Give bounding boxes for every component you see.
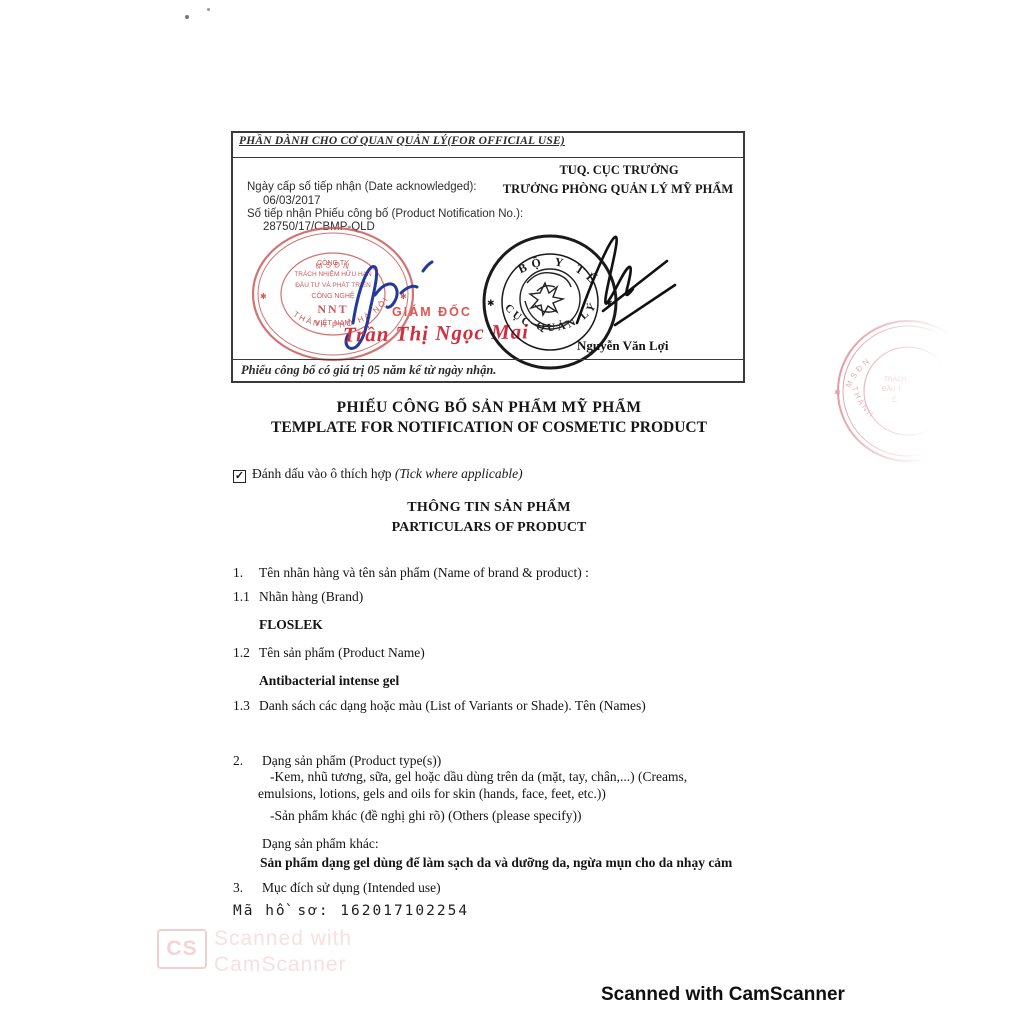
item-1-2-label: Tên sản phẩm (Product Name)	[259, 645, 425, 661]
company-stamp-line5: NNT	[317, 302, 348, 316]
form-title-vietnamese: PHIẾU CÔNG BỐ SẢN PHẨM MỸ PHẨM	[232, 399, 746, 417]
official-use-box: PHẦN DÀNH CHO CƠ QUAN QUẢN LÝ(FOR OFFICI…	[231, 131, 745, 383]
company-stamp-line4: CÔNG NGHỆ	[311, 291, 355, 300]
brand-value: FLOSLEK	[259, 617, 323, 633]
item-2-type-line1: -Kem, nhũ tương, sữa, gel hoặc dầu dùng …	[270, 769, 687, 785]
tick-instruction-vi: Đánh dấu vào ô thích hợp	[252, 466, 395, 481]
edge-partial-stamp: MSĐN THÀNH TRÁCH ĐẦU T C ✱	[818, 315, 1008, 475]
signer-name: Nguyễn Văn Lợi	[577, 338, 668, 354]
company-stamp-line1: CÔNG TY	[317, 258, 349, 267]
file-code: Mã hồ sơ: 162017102254	[233, 903, 469, 919]
item-2-type-line2: emulsions, lotions, gels and oils for sk…	[258, 786, 606, 802]
faint-watermark-line2: CamScanner	[214, 953, 347, 977]
item-3-label: Mục đích sử dụng (Intended use)	[262, 880, 441, 896]
item-3-number: 3.	[233, 880, 243, 896]
item-1-1-number: 1.1	[233, 589, 250, 605]
company-stamp-ring-top: MSĐN	[315, 260, 353, 271]
tick-instruction-en: (Tick where applicable)	[395, 466, 523, 481]
item-2-number: 2.	[233, 753, 243, 769]
item-1-2-number: 1.2	[233, 645, 250, 661]
footer-divider	[233, 359, 743, 360]
ministry-stamp-star-right: ✱	[605, 298, 613, 308]
item-1-number: 1.	[233, 565, 243, 581]
company-stamp-line3: ĐẦU TƯ VÀ PHÁT TRIỂN	[295, 279, 371, 289]
checkbox-checked-icon[interactable]: ✓	[233, 470, 246, 483]
edge-stamp-icon: MSĐN THÀNH TRÁCH ĐẦU T C ✱	[818, 315, 1008, 475]
svg-text:THÀNH: THÀNH	[850, 385, 877, 420]
svg-text:BỘ Y TẾ: BỘ Y TẾ	[516, 254, 603, 289]
section-title-english: PARTICULARS OF PRODUCT	[232, 520, 746, 536]
notification-number-label: Số tiếp nhận Phiếu công bố (Product Noti…	[247, 208, 523, 220]
faint-watermark-line1: Scanned with	[214, 927, 352, 951]
authority-title-line2: TRƯỞNG PHÒNG QUẢN LÝ MỸ PHẨM	[489, 182, 747, 197]
section-title-vietnamese: THÔNG TIN SẢN PHẨM	[232, 500, 746, 516]
camscanner-logo-icon: CS	[157, 929, 207, 969]
item-1-1-label: Nhãn hàng (Brand)	[259, 589, 363, 605]
item-1-3-number: 1.3	[233, 698, 250, 714]
svg-text:✱: ✱	[834, 388, 841, 397]
edge-stamp-line2: ĐẦU T	[882, 383, 901, 393]
header-divider	[233, 157, 743, 158]
director-title: GIÁM ĐỐC	[392, 305, 472, 319]
company-stamp-line2: TRÁCH NHIỆM HỮU HẠN	[294, 269, 372, 278]
official-use-heading: PHẦN DÀNH CHO CƠ QUAN QUẢN LÝ(FOR OFFICI…	[239, 135, 739, 147]
item-2-label: Dạng sản phẩm (Product type(s))	[262, 753, 441, 769]
date-acknowledged-label: Ngày cấp số tiếp nhận (Date acknowledged…	[247, 181, 477, 193]
svg-text:MSĐN: MSĐN	[315, 260, 353, 271]
other-type-value: Sản phẩm dạng gel dùng để làm sạch da và…	[260, 855, 732, 871]
svg-text:✱: ✱	[400, 292, 407, 301]
svg-text:✱: ✱	[260, 292, 267, 301]
ministry-stamp-emblem	[520, 269, 580, 329]
notification-number-value: 28750/17/CBMP-QLD	[263, 221, 375, 233]
product-name-value: Antibacterial intense gel	[259, 673, 399, 689]
item-1-3-label: Danh sách các dạng hoặc màu (List of Var…	[259, 698, 646, 714]
edge-stamp-line1: TRÁCH	[884, 374, 907, 383]
tick-instruction-line: ✓Đánh dấu vào ô thích hợp (Tick where ap…	[233, 466, 523, 482]
scanned-document-page: PHẦN DÀNH CHO CƠ QUAN QUẢN LÝ(FOR OFFICI…	[0, 0, 1024, 1024]
item-1-label: Tên nhãn hàng và tên sản phẩm (Name of b…	[259, 565, 589, 581]
camscanner-watermark: Scanned with CamScanner	[601, 984, 845, 1006]
scan-speck	[207, 8, 210, 11]
edge-stamp-ring-bottom: THÀNH	[850, 385, 877, 420]
scan-speck	[185, 15, 189, 19]
ministry-stamp-ring-top: BỘ Y TẾ	[516, 254, 603, 289]
edge-stamp-line3: C	[892, 397, 897, 404]
other-type-label: Dạng sản phẩm khác:	[262, 836, 379, 852]
validity-note: Phiếu công bố có giá trị 05 năm kể từ ng…	[241, 363, 496, 378]
director-signature-name: Trần Thị Ngọc Mai	[343, 319, 529, 347]
form-title-english: TEMPLATE FOR NOTIFICATION OF COSMETIC PR…	[232, 419, 746, 437]
official-signature-icon	[563, 223, 693, 338]
item-2-type-line3: -Sản phẩm khác (đề nghị ghi rõ) (Others …	[270, 808, 582, 824]
date-acknowledged-value: 06/03/2017	[263, 195, 321, 207]
ministry-stamp-star-left: ✱	[487, 298, 495, 308]
authority-title-line1: TUQ. CỤC TRƯỞNG	[495, 163, 743, 178]
